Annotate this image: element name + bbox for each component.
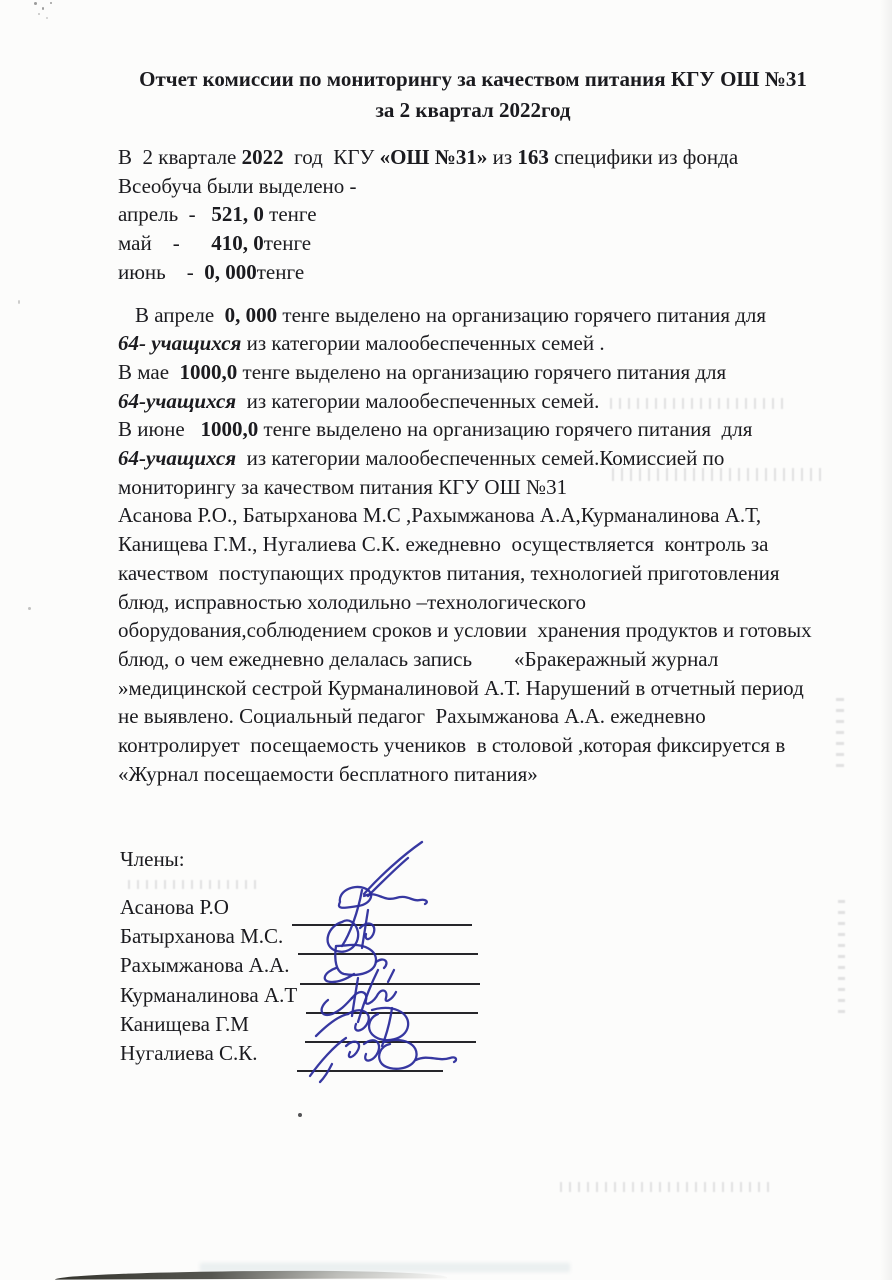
scan-artifact <box>38 13 40 15</box>
signatures-ink <box>280 840 600 1095</box>
text-line: В мае 1000,0 тенге выделено на организац… <box>118 358 848 387</box>
scan-artifact <box>42 7 44 10</box>
text-line: не выявлено. Социальный педагог Рахымжан… <box>118 702 848 731</box>
member-name: Канищева Г.М <box>120 1010 249 1039</box>
text-line: май - 410, 0тенге <box>118 229 848 258</box>
member-name: Рахымжанова А.А. <box>120 951 290 980</box>
text-line: блюд, о чем ежедневно делалась запись «Б… <box>118 645 848 674</box>
text-line: Всеобуча были выделено - <box>118 172 848 201</box>
text-line: В июне 1000,0 тенге выделено на организа… <box>118 415 848 444</box>
text-line: В 2 квартале 2022 год КГУ «ОШ №31» из 16… <box>118 143 848 172</box>
scan-artifact <box>836 698 844 768</box>
document-body: В 2 квартале 2022 год КГУ «ОШ №31» из 16… <box>118 143 848 788</box>
member-name: Асанова Р.О <box>120 893 229 922</box>
scan-artifact <box>18 300 20 304</box>
scan-artifact <box>55 1270 447 1279</box>
scanned-document-page: Отчет комиссии по мониторингу за качеств… <box>0 0 892 1280</box>
title-line-1: Отчет комиссии по мониторингу за качеств… <box>54 64 892 95</box>
scan-artifact <box>34 2 37 5</box>
scan-artifact <box>560 1182 770 1192</box>
document-title: Отчет комиссии по мониторингу за качеств… <box>54 64 892 126</box>
text-line: качеством поступающих продуктов питания,… <box>118 559 848 588</box>
text-line: июнь - 0, 000тенге <box>118 258 848 287</box>
text-line: блюд, исправностью холодильно –технологи… <box>118 588 848 617</box>
scan-artifact <box>880 0 892 1280</box>
text-line: «Журнал посещаемости бесплатного питания… <box>118 760 848 789</box>
text-line: апрель - 521, 0 тенге <box>118 200 848 229</box>
scan-artifact <box>128 880 258 889</box>
scan-artifact <box>610 398 790 409</box>
text-line: В апреле 0, 000 тенге выделено на органи… <box>118 301 848 330</box>
text-line: оборудования,соблюдением сроков и услови… <box>118 616 848 645</box>
scan-artifact <box>46 17 48 19</box>
member-name: Курманалинова А.Т <box>120 981 297 1010</box>
scan-artifact <box>28 607 31 610</box>
scan-artifact <box>298 1113 302 1117</box>
member-name: Батырханова М.С. <box>120 922 283 951</box>
text-line: »медицинской сестрой Курманалиновой А.Т.… <box>118 674 848 703</box>
text-line: Асанова Р.О., Батырханова М.С ,Рахымжано… <box>118 501 848 530</box>
text-line: Канищева Г.М., Нугалиева С.К. ежедневно … <box>118 530 848 559</box>
text-line: контролирует посещаемость учеников в сто… <box>118 731 848 760</box>
scan-artifact <box>50 2 52 4</box>
member-name: Нугалиева С.К. <box>120 1039 258 1068</box>
scan-artifact <box>838 900 845 1020</box>
scan-artifact <box>612 468 822 481</box>
text-line: 64- учащихся из категории малообеспеченн… <box>118 329 848 358</box>
title-line-2: за 2 квартал 2022год <box>54 95 892 126</box>
